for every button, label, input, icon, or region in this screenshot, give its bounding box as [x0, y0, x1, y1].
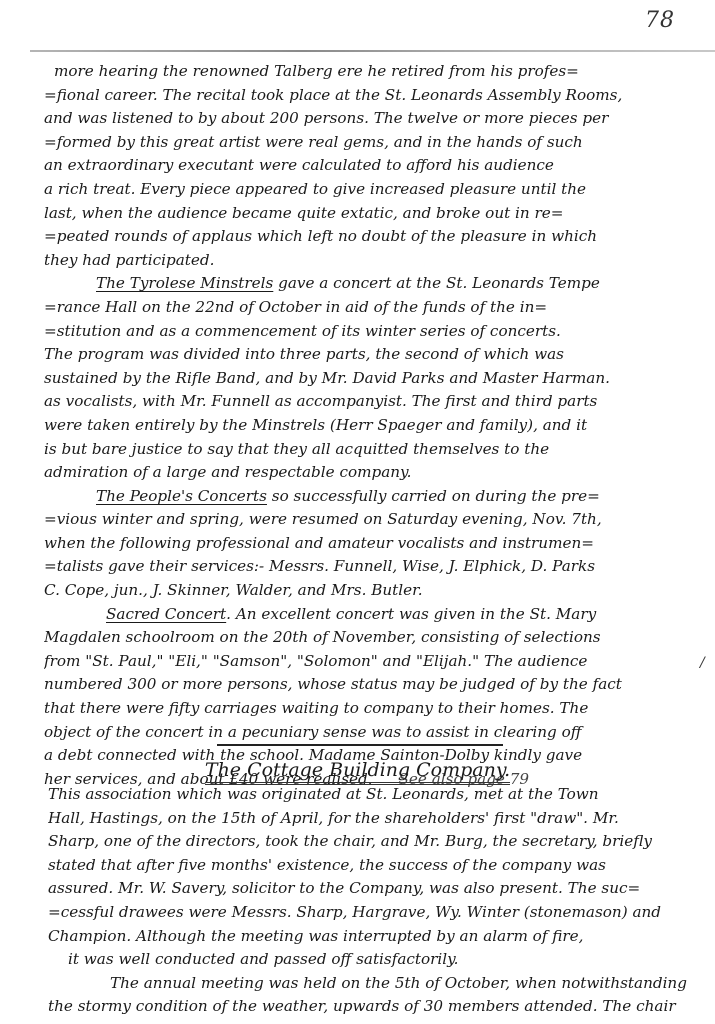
text-line: sustained by the Rifle Band, and by Mr. …	[44, 367, 699, 391]
section-title-text: The Cottage Building Company.	[205, 759, 510, 785]
text-line: assured. Mr. W. Savery, solicitor to the…	[48, 877, 703, 901]
upper-text-block: more hearing the renowned Talberg ere he…	[44, 60, 699, 791]
text-line: C. Cope, jun., J. Skinner, Walder, and M…	[44, 579, 699, 603]
text-line: they had participated.	[44, 249, 699, 273]
section-title: The Cottage Building Company.	[0, 758, 715, 782]
paragraph-start: The Tyrolese Minstrels gave a concert at…	[44, 272, 699, 296]
text-line: from "St. Paul," "Eli," "Samson", "Solom…	[44, 650, 699, 674]
header-rule	[30, 50, 715, 52]
paragraph-start: The annual meeting was held on the 5th o…	[48, 972, 703, 996]
text-line: when the following professional and amat…	[44, 532, 699, 556]
text-line: an extraordinary executant were calculat…	[44, 154, 699, 178]
text-line: stated that after five months' existence…	[48, 854, 703, 878]
text-line: last, when the audience became quite ext…	[44, 202, 699, 226]
page-number: 78	[645, 8, 675, 33]
margin-check-mark: /	[700, 655, 705, 671]
text-line: =peated rounds of applaus which left no …	[44, 225, 699, 249]
paragraph-start: Sacred Concert. An excellent concert was…	[44, 603, 699, 627]
text-line: =formed by this great artist were real g…	[44, 131, 699, 155]
paragraph-heading: The Tyrolese Minstrels	[96, 274, 273, 292]
text-line: were taken entirely by the Minstrels (He…	[44, 414, 699, 438]
text-line: object of the concert in a pecuniary sen…	[44, 721, 699, 745]
text-line: a rich treat. Every piece appeared to gi…	[44, 178, 699, 202]
section-divider	[217, 744, 503, 746]
text-line: Sharp, one of the directors, took the ch…	[48, 830, 703, 854]
paragraph-heading: Sacred Concert	[106, 605, 226, 623]
text-line: that there were fifty carriages waiting …	[44, 697, 699, 721]
text-line: The program was divided into three parts…	[44, 343, 699, 367]
lower-text-block: This association which was originated at…	[48, 783, 703, 1019]
text-line: more hearing the renowned Talberg ere he…	[44, 60, 699, 84]
text-fragment: gave a concert at the St. Leonards Tempe	[273, 274, 600, 292]
text-line: is but bare justice to say that they all…	[44, 438, 699, 462]
text-line: admiration of a large and respectable co…	[44, 461, 699, 485]
text-line: Hall, Hastings, on the 15th of April, fo…	[48, 807, 703, 831]
text-fragment: so successfully carried on during the pr…	[267, 487, 600, 505]
text-line: Champion. Although the meeting was inter…	[48, 925, 703, 949]
text-line: =vious winter and spring, were resumed o…	[44, 508, 699, 532]
text-line: =fional career. The recital took place a…	[44, 84, 699, 108]
text-line: the stormy condition of the weather, upw…	[48, 995, 703, 1019]
text-line: it was well conducted and passed off sat…	[48, 948, 703, 972]
text-line: =talists gave their services:- Messrs. F…	[44, 555, 699, 579]
text-line: =stitution and as a commencement of its …	[44, 320, 699, 344]
manuscript-page: 78 more hearing the renowned Talberg ere…	[0, 0, 715, 1024]
text-line: as vocalists, with Mr. Funnell as accomp…	[44, 390, 699, 414]
paragraph-heading: The People's Concerts	[96, 487, 267, 505]
text-line: =cessful drawees were Messrs. Sharp, Har…	[48, 901, 703, 925]
text-line: =rance Hall on the 22nd of October in ai…	[44, 296, 699, 320]
text-line: Magdalen schoolroom on the 20th of Novem…	[44, 626, 699, 650]
text-line: numbered 300 or more persons, whose stat…	[44, 673, 699, 697]
paragraph-start: The People's Concerts so successfully ca…	[44, 485, 699, 509]
text-line: and was listened to by about 200 persons…	[44, 107, 699, 131]
text-fragment: . An excellent concert was given in the …	[226, 605, 596, 623]
text-line: This association which was originated at…	[48, 783, 703, 807]
